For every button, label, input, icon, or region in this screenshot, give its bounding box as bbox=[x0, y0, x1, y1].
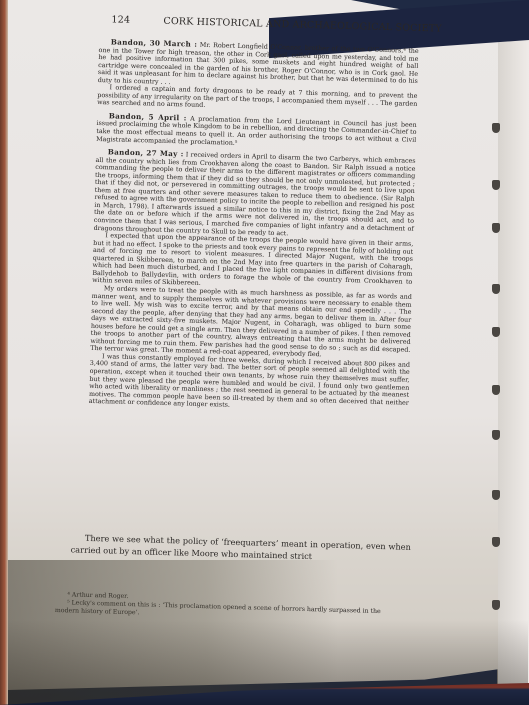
spiral-binding bbox=[492, 0, 502, 705]
book-photo: 124CORK HISTORICAL AND ARCHAEOLOGICAL SO… bbox=[0, 0, 529, 705]
entry-paragraph: Bandon, 5 April : A proclamation from th… bbox=[96, 112, 417, 152]
binding-hole-icon bbox=[492, 385, 500, 395]
entry-paragraph: I was thus constantly employed for three… bbox=[89, 353, 410, 415]
letter-excerpts: Bandon, 30 March : Mr. Robert Longfield … bbox=[89, 38, 419, 414]
binding-hole-icon bbox=[492, 430, 500, 440]
book-cover-edge-left bbox=[0, 0, 8, 705]
binding-hole-icon bbox=[492, 180, 500, 190]
binding-hole-icon bbox=[492, 600, 500, 610]
binding-hole-icon bbox=[492, 537, 500, 547]
binding-hole-icon bbox=[492, 490, 500, 500]
binding-hole-icon bbox=[492, 327, 500, 337]
entry-paragraph: I expected that upon the appearance of t… bbox=[92, 232, 413, 294]
entry-paragraph: Bandon, 27 May : I received orders in Ap… bbox=[94, 148, 416, 241]
binding-hole-icon bbox=[492, 123, 500, 133]
entry-paragraph: My orders were to treat the people with … bbox=[90, 285, 412, 362]
binding-hole-icon bbox=[492, 223, 500, 233]
binding-hole-icon bbox=[492, 284, 500, 294]
page-number: 124 bbox=[111, 14, 163, 26]
